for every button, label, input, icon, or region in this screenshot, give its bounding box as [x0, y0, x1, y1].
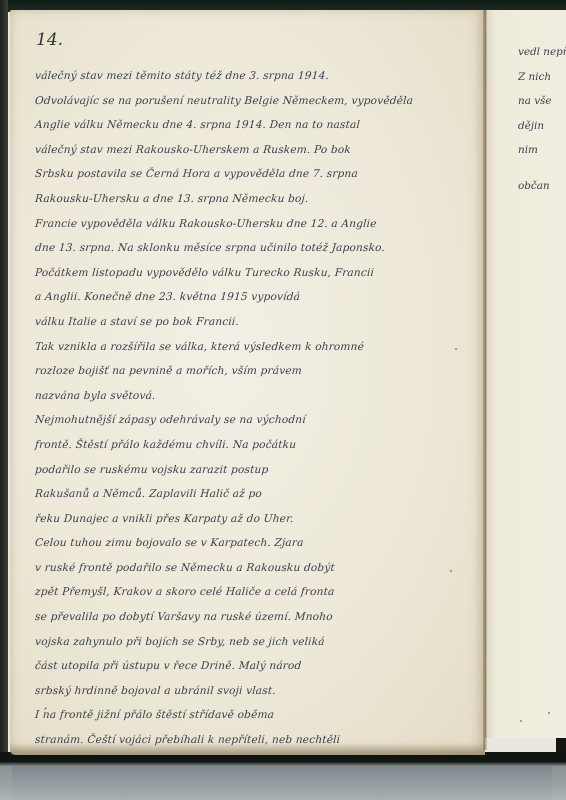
- scan-left-border: [0, 0, 8, 800]
- text-line: frontě. Štěstí přálo každému chvíli. Na …: [34, 433, 471, 458]
- text-line: stranám. Čeští vojáci přebíhali k nepřít…: [34, 728, 471, 753]
- text-line: občan: [518, 174, 566, 199]
- text-line: Z nich: [518, 65, 566, 90]
- left-page-text: válečný stav mezi těmito státy též dne 3…: [35, 64, 470, 753]
- text-line: rozloze bojišť na pevnině a mořích, vším…: [34, 359, 471, 384]
- page-number: 14.: [36, 30, 63, 50]
- text-line: vojska zahynulo při bojích se Srby, neb …: [34, 630, 471, 655]
- text-line: I na frontě jižní přálo štěstí střídavě …: [34, 703, 471, 728]
- text-line: na vše: [518, 89, 566, 114]
- paper-speck: [520, 720, 522, 722]
- text-line: válku Italie a staví se po bok Francii.: [34, 310, 471, 335]
- text-line: část utopila při ústupu v řece Drině. Ma…: [34, 654, 471, 679]
- text-line: se převalila po dobytí Varšavy na ruské …: [34, 605, 471, 630]
- text-line: nim: [518, 138, 566, 174]
- paper-speck: [548, 712, 550, 714]
- text-line: nazvána byla světová.: [34, 384, 471, 409]
- scanner-bed: [0, 752, 566, 800]
- paper-speck: [450, 570, 452, 572]
- text-line: Odvolávajíc se na porušení neutrality Be…: [34, 89, 471, 114]
- text-line: Rakousku-Uhersku a dne 13. srpna Německu…: [34, 187, 471, 212]
- page-fold: [483, 10, 487, 750]
- text-line: válečný stav mezi Rakousko-Uherskem a Ru…: [34, 138, 471, 163]
- text-line: Srbsku postavila se Černá Hora a vypověd…: [34, 162, 471, 187]
- text-line: srbský hrdinně bojoval a ubránil svoji v…: [34, 679, 471, 704]
- text-line: vedl nepř: [518, 40, 566, 65]
- text-line: dějin: [518, 114, 566, 139]
- paper-speck: [455, 348, 457, 350]
- text-line: a Anglii. Konečně dne 23. května 1915 vy…: [34, 285, 471, 310]
- text-line: zpět Přemyšl, Krakov a skoro celé Haliče…: [34, 580, 471, 605]
- text-line: dne 13. srpna. Na sklonku měsíce srpna u…: [34, 236, 471, 261]
- text-line: válečný stav mezi těmito státy též dne 3…: [34, 64, 471, 89]
- text-line: Francie vypověděla válku Rakousko-Uhersk…: [34, 212, 471, 237]
- text-line: řeku Dunajec a vnikli přes Karpaty až do…: [34, 507, 471, 532]
- text-line: Celou tuhou zimu bojovalo se v Karpatech…: [34, 531, 471, 556]
- text-line: Počátkem listopadu vypovědělo válku Ture…: [34, 261, 471, 286]
- text-line: Nejmohutnější zápasy odehrávaly se na vý…: [34, 408, 471, 433]
- text-line: v ruské frontě podařilo se Německu a Rak…: [34, 556, 471, 581]
- text-line: podařilo se ruskému vojsku zarazit postu…: [34, 458, 471, 483]
- text-line: Rakušanů a Němců. Zaplavili Halič až po: [34, 482, 471, 507]
- text-line: Tak vznikla a rozšířila se válka, která …: [34, 335, 471, 360]
- right-page-text: vedl nepř Z nich na vše dějin nim občan: [518, 40, 566, 199]
- scanner-glass: [12, 766, 552, 800]
- text-line: Anglie válku Německu dne 4. srpna 1914. …: [34, 113, 471, 138]
